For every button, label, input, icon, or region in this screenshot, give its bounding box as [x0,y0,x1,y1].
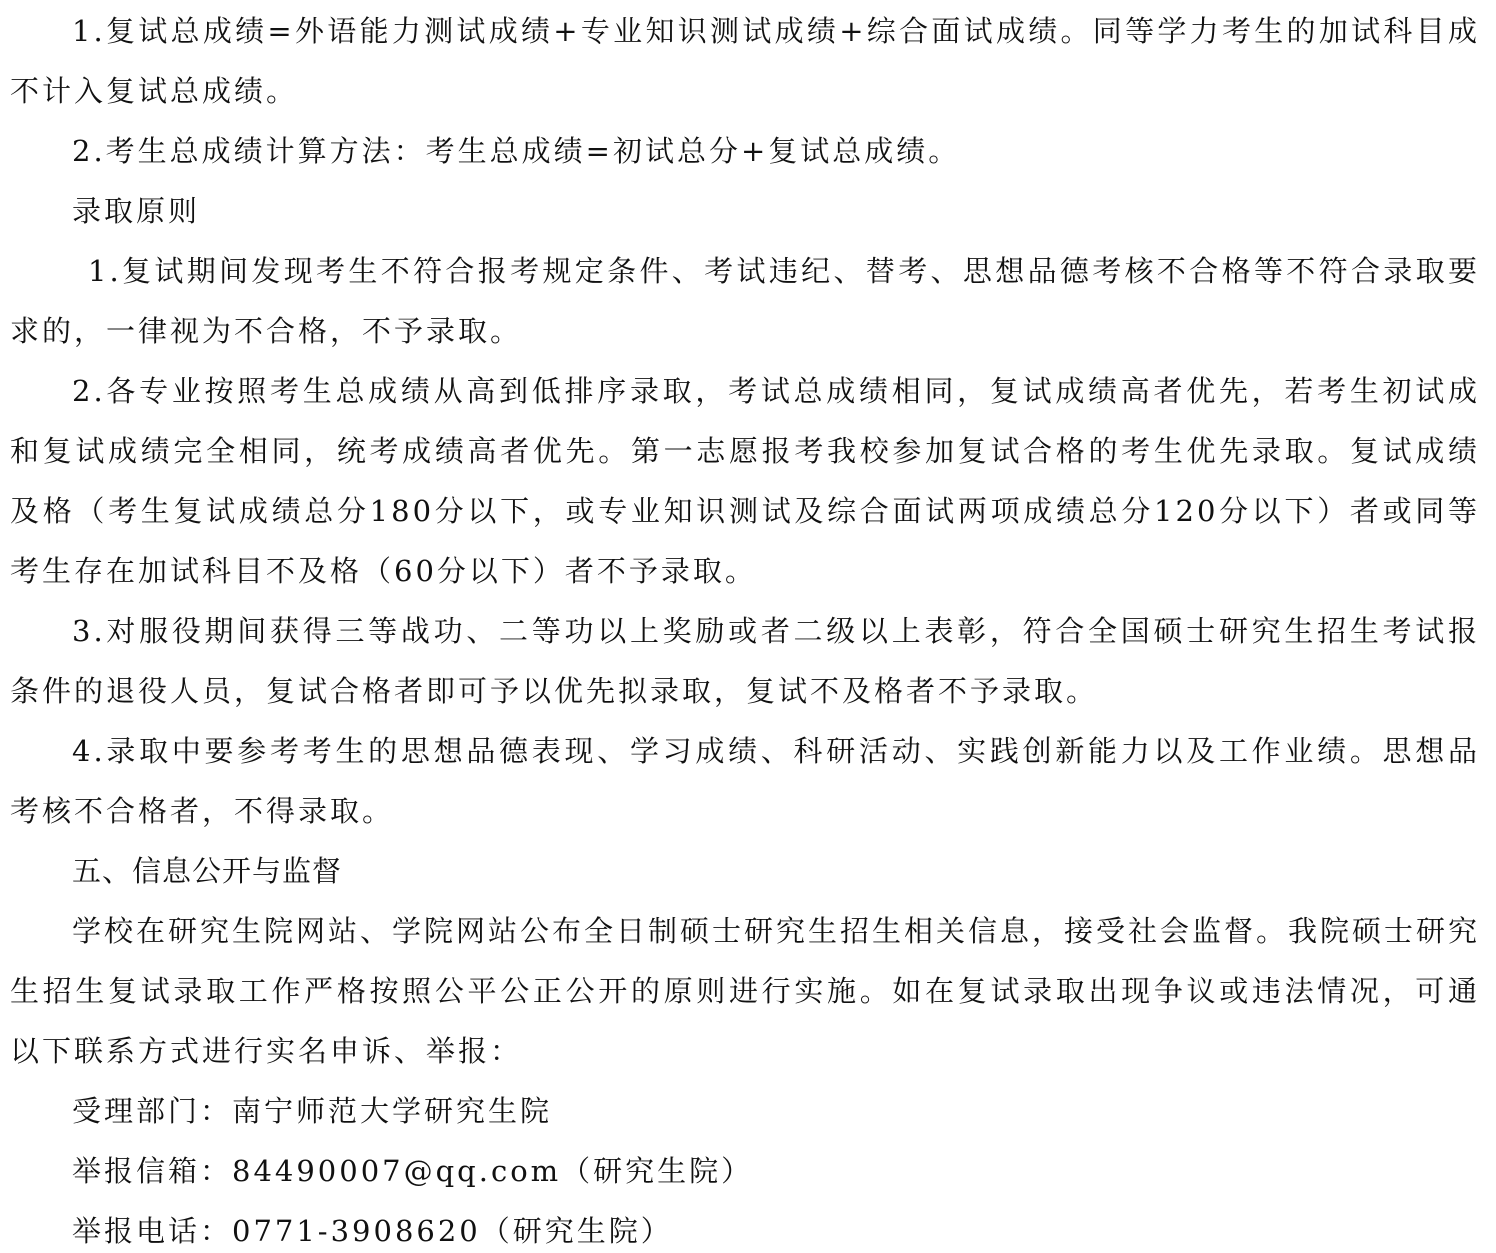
principle-3: 3.对服役期间获得三等战功、二等功以上奖励或者二级以上表彰，符合全国硕士研究生招… [72,609,1480,653]
document-page: 1.复试总成绩=外语能力测试成绩+专业知识测试成绩+综合面试成绩。同等学力考生的… [0,0,1496,1253]
paragraph-disclosure-cont-1: 生招生复试录取工作严格按照公平公正公开的原则进行实施。如在复试录取出现争议或违法… [10,969,1480,1013]
contact-email: 举报信箱：84490007@qq.com（研究生院） [72,1149,1480,1193]
section-heading-disclosure-supervision: 五、信息公开与监督 [72,849,1480,893]
principle-4: 4.录取中要参考考生的思想品德表现、学习成绩、科研活动、实践创新能力以及工作业绩… [72,729,1480,773]
principle-2-cont-3: 考生存在加试科目不及格（60分以下）者不予录取。 [10,549,1480,593]
principle-1-cont: 求的，一律视为不合格，不予录取。 [10,309,1480,353]
principle-2: 2.各专业按照考生总成绩从高到低排序录取，考试总成绩相同，复试成绩高者优先，若考… [72,369,1480,413]
paragraph-disclosure: 学校在研究生院网站、学院网站公布全日制硕士研究生招生相关信息，接受社会监督。我院… [72,909,1480,953]
paragraph-retest-score-formula: 1.复试总成绩=外语能力测试成绩+专业知识测试成绩+综合面试成绩。同等学力考生的… [72,9,1480,53]
paragraph-total-score-method: 2.考生总成绩计算方法：考生总成绩=初试总分+复试总成绩。 [72,129,1480,173]
contact-department: 受理部门：南宁师范大学研究生院 [72,1089,1480,1133]
principle-4-cont: 考核不合格者，不得录取。 [10,789,1480,833]
principle-2-cont-1: 和复试成绩完全相同，统考成绩高者优先。第一志愿报考我校参加复试合格的考生优先录取… [10,429,1480,473]
principle-1: 1.复试期间发现考生不符合报考规定条件、考试违纪、替考、思想品德考核不合格等不符… [88,249,1480,293]
subheading-admission-principles: 录取原则 [72,189,1480,233]
paragraph-disclosure-cont-2: 以下联系方式进行实名申诉、举报： [10,1029,1480,1073]
paragraph-retest-score-formula-cont: 不计入复试总成绩。 [10,69,1480,113]
contact-phone: 举报电话：0771-3908620（研究生院） [72,1209,1480,1253]
principle-2-cont-2: 及格（考生复试成绩总分180分以下，或专业知识测试及综合面试两项成绩总分120分… [10,489,1480,533]
principle-3-cont: 条件的退役人员，复试合格者即可予以优先拟录取，复试不及格者不予录取。 [10,669,1480,713]
